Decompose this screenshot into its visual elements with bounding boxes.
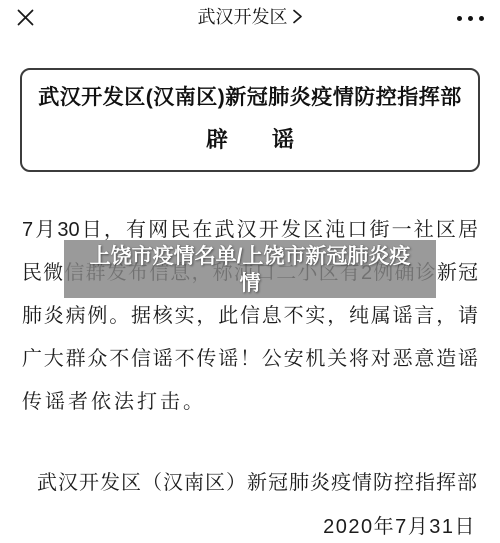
close-icon-glyph (16, 8, 35, 27)
more-dot (479, 16, 484, 21)
account-title-link[interactable]: 武汉开发区 (198, 0, 303, 32)
notice-header-box: 武汉开发区(汉南区)新冠肺炎疫情防控指挥部 辟 谣 (20, 68, 480, 172)
body-line: 广大群众不信谣不传谣！公安机关将对恶意造谣 (22, 338, 478, 381)
body-line: 传谣者依法打击。 (22, 381, 478, 424)
more-icon[interactable] (457, 16, 484, 21)
more-dot (457, 16, 462, 21)
notice-date: 2020年7月31日 (0, 515, 476, 539)
notice-subject: 辟 谣 (30, 125, 470, 155)
chevron-right-icon (293, 9, 303, 24)
signature: 武汉开发区（汉南区）新冠肺炎疫情防控指挥部 (0, 471, 478, 495)
body-line: 肺炎病例。据核实，此信息不实，纯属谣言，请 (22, 295, 478, 338)
close-icon[interactable] (16, 8, 35, 27)
notice-org-title: 武汉开发区(汉南区)新冠肺炎疫情防控指挥部 (30, 84, 470, 112)
body-line: 7月30日，有网民在武汉开发区沌口街一社区居 (22, 209, 478, 252)
body-line: 民微信群发布信息，称沌口二小区有2例确诊新冠 (22, 252, 478, 295)
top-bar: 武汉开发区 (0, 0, 500, 32)
article-screen: 武汉开发区 武汉开发区(汉南区)新冠肺炎疫情防控指挥部 辟 谣 7月30日，有网… (0, 0, 500, 543)
notice-body: 7月30日，有网民在武汉开发区沌口街一社区居 民微信群发布信息，称沌口二小区有2… (22, 209, 478, 424)
more-dot (468, 16, 473, 21)
page-title: 武汉开发区 (198, 3, 288, 29)
